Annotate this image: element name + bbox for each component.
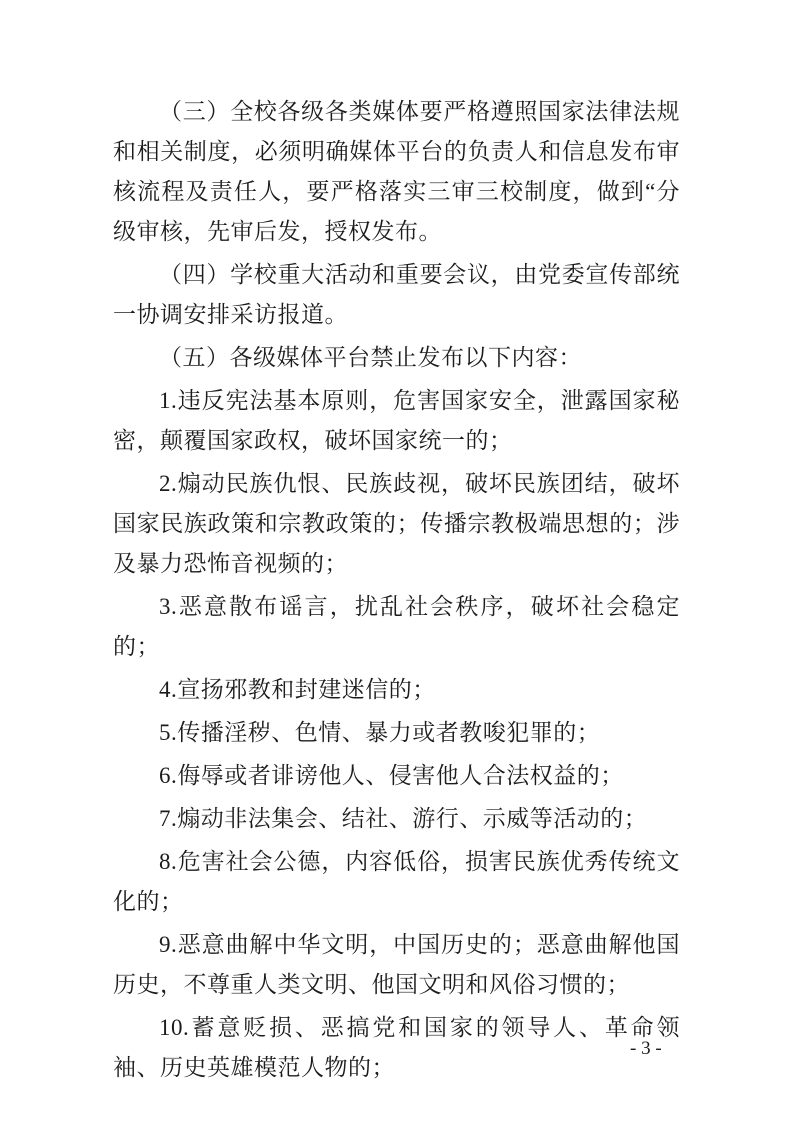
list-item-5: 5.传播淫秽、色情、暴力或者教唆犯罪的； — [113, 713, 680, 753]
list-item-2: 2.煽动民族仇恨、民族歧视，破坏民族团结，破坏国家民族政策和宗教政策的；传播宗教… — [113, 464, 680, 584]
list-item-3: 3.恶意散布谣言，扰乱社会秩序，破坏社会稳定的； — [113, 587, 680, 667]
paragraph-item-5: （五）各级媒体平台禁止发布以下内容： — [113, 338, 680, 378]
paragraph-item-3: （三）全校各级各类媒体要严格遵照国家法律法规和相关制度，必须明确媒体平台的负责人… — [113, 92, 680, 252]
list-item-1: 1.违反宪法基本原则，危害国家安全，泄露国家秘密，颠覆国家政权，破坏国家统一的； — [113, 381, 680, 461]
list-item-4: 4.宣扬邪教和封建迷信的； — [113, 670, 680, 710]
list-item-8: 8.危害社会公德，内容低俗，损害民族优秀传统文化的； — [113, 842, 680, 922]
list-item-9: 9.恶意曲解中华文明，中国历史的；恶意曲解他国历史，不尊重人类文明、他国文明和风… — [113, 925, 680, 1005]
list-item-7: 7.煽动非法集会、结社、游行、示威等活动的； — [113, 799, 680, 839]
document-page: （三）全校各级各类媒体要严格遵照国家法律法规和相关制度，必须明确媒体平台的负责人… — [0, 0, 793, 1122]
paragraph-item-4: （四）学校重大活动和重要会议，由党委宣传部统一协调安排采访报道。 — [113, 255, 680, 335]
document-body: （三）全校各级各类媒体要严格遵照国家法律法规和相关制度，必须明确媒体平台的负责人… — [113, 92, 680, 1091]
list-item-10: 10.蓄意贬损、恶搞党和国家的领导人、革命领袖、历史英雄模范人物的； — [113, 1008, 680, 1088]
page-number: - 3 - — [630, 1038, 662, 1060]
list-item-6: 6.侮辱或者诽谤他人、侵害他人合法权益的； — [113, 756, 680, 796]
